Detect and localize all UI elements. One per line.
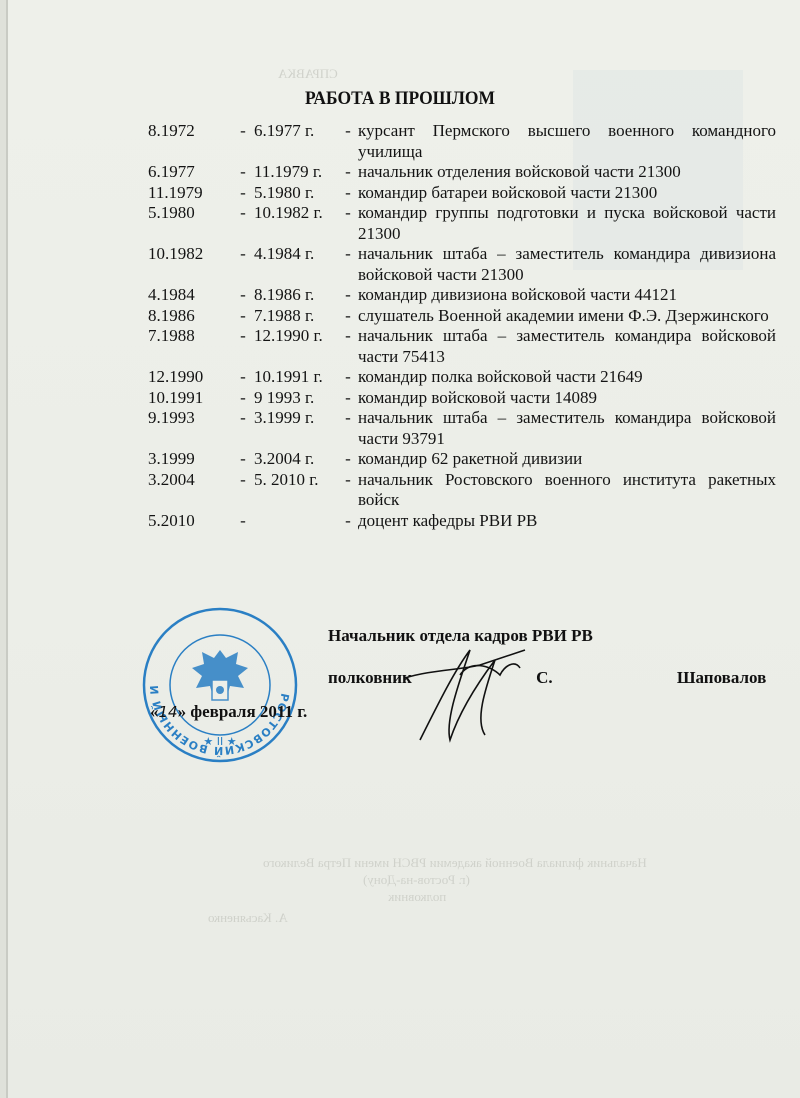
- period-end: 5. 2010 г.: [254, 470, 338, 511]
- dash: -: [232, 388, 254, 409]
- period-start: 7.1988: [148, 326, 232, 367]
- dash: -: [232, 285, 254, 306]
- signatory-name: С. Шаповалов: [536, 668, 766, 687]
- table-row: 6.1977-11.1979 г.-начальник отделения во…: [148, 162, 776, 183]
- dash: -: [232, 306, 254, 327]
- period-end: 7.1988 г.: [254, 306, 338, 327]
- period-end: 8.1986 г.: [254, 285, 338, 306]
- dash: -: [338, 326, 358, 367]
- period-start: 11.1979: [148, 183, 232, 204]
- period-start: 9.1993: [148, 408, 232, 449]
- position-description: начальник штаба – заместитель командира …: [358, 326, 776, 367]
- period-end: [254, 511, 338, 532]
- period-end: 6.1977 г.: [254, 121, 338, 162]
- table-row: 8.1986-7.1988 г.-слушатель Военной акаде…: [148, 306, 776, 327]
- dash: -: [232, 449, 254, 470]
- dash: -: [232, 203, 254, 244]
- dash: -: [232, 121, 254, 162]
- period-end: 9 1993 г.: [254, 388, 338, 409]
- period-start: 3.2004: [148, 470, 232, 511]
- period-start: 8.1986: [148, 306, 232, 327]
- position-description: командир войсковой части 14089: [358, 388, 776, 409]
- period-end: 3.2004 г.: [254, 449, 338, 470]
- dash: -: [338, 285, 358, 306]
- period-start: 8.1972: [148, 121, 232, 162]
- dash: -: [232, 183, 254, 204]
- table-row: 11.1979-5.1980 г.-командир батареи войск…: [148, 183, 776, 204]
- dash: -: [232, 408, 254, 449]
- period-start: 4.1984: [148, 285, 232, 306]
- bleed-text: Начальник филиала Военной академии РВСН …: [263, 855, 647, 871]
- dash: -: [232, 244, 254, 285]
- dash: -: [338, 121, 358, 162]
- position-description: начальник Ростовского военного института…: [358, 470, 776, 511]
- period-end: 4.1984 г.: [254, 244, 338, 285]
- period-start: 10.1982: [148, 244, 232, 285]
- table-row: 5.2010--доцент кафедры РВИ РВ: [148, 511, 776, 532]
- bleed-text: А. Касьяненко: [208, 910, 288, 926]
- period-end: 5.1980 г.: [254, 183, 338, 204]
- position-description: командир 62 ракетной дивизии: [358, 449, 776, 470]
- period-end: 11.1979 г.: [254, 162, 338, 183]
- period-start: 5.2010: [148, 511, 232, 532]
- stamp-icon: РОСТОВСКИЙ ВОЕННЫЙ ИНСТИТУТ РАКЕТНЫХ ВОЙ…: [140, 605, 300, 765]
- period-start: 6.1977: [148, 162, 232, 183]
- dash: -: [338, 183, 358, 204]
- period-start: 5.1980: [148, 203, 232, 244]
- period-start: 12.1990: [148, 367, 232, 388]
- dash: -: [232, 162, 254, 183]
- date-day: 14: [159, 703, 178, 721]
- position-description: доцент кафедры РВИ РВ: [358, 511, 776, 532]
- dash: -: [232, 511, 254, 532]
- career-table: 8.1972-6.1977 г.-курсант Пермского высше…: [148, 121, 776, 531]
- table-row: 8.1972-6.1977 г.-курсант Пермского высше…: [148, 121, 776, 162]
- table-row: 9.1993-3.1999 г.-начальник штаба – замес…: [148, 408, 776, 449]
- table-row: 3.2004-5. 2010 г.-начальник Ростовского …: [148, 470, 776, 511]
- period-end: 10.1991 г.: [254, 367, 338, 388]
- position-description: командир полка войсковой части 21649: [358, 367, 776, 388]
- dash: -: [338, 306, 358, 327]
- table-row: 12.1990-10.1991 г.-командир полка войско…: [148, 367, 776, 388]
- position-description: командир батареи войсковой части 21300: [358, 183, 776, 204]
- dash: -: [232, 367, 254, 388]
- dash: -: [338, 408, 358, 449]
- signatory-line: полковник С. Шаповалов: [328, 668, 766, 688]
- position-description: командир дивизиона войсковой части 44121: [358, 285, 776, 306]
- bleed-text: (г. Ростов-на-Дону): [363, 872, 470, 888]
- position-description: командир группы подготовки и пуска войск…: [358, 203, 776, 244]
- dash: -: [338, 367, 358, 388]
- position-description: слушатель Военной академии имени Ф.Э. Дз…: [358, 306, 776, 327]
- dash: -: [338, 162, 358, 183]
- bleed-text: СПРАВКА: [278, 66, 338, 82]
- period-end: 3.1999 г.: [254, 408, 338, 449]
- document-title: РАБОТА В ПРОШЛОМ: [32, 88, 768, 110]
- dash: -: [338, 449, 358, 470]
- position-description: начальник отделения войсковой части 2130…: [358, 162, 776, 183]
- period-end: 10.1982 г.: [254, 203, 338, 244]
- table-row: 3.1999-3.2004 г.-командир 62 ракетной ди…: [148, 449, 776, 470]
- table-row: 10.1982-4.1984 г.-начальник штаба – заме…: [148, 244, 776, 285]
- dash: -: [338, 244, 358, 285]
- position-description: начальник штаба – заместитель командира …: [358, 244, 776, 285]
- table-row: 4.1984-8.1986 г.-командир дивизиона войс…: [148, 285, 776, 306]
- position-description: курсант Пермского высшего военного коман…: [358, 121, 776, 162]
- table-row: 10.1991-9 1993 г.-командир войсковой час…: [148, 388, 776, 409]
- signature-icon: [400, 640, 530, 750]
- document-date: «14» февраля 2011 г.: [150, 702, 307, 722]
- period-start: 3.1999: [148, 449, 232, 470]
- dash: -: [232, 326, 254, 367]
- dash: -: [338, 203, 358, 244]
- dash: -: [232, 470, 254, 511]
- period-start: 10.1991: [148, 388, 232, 409]
- dash: -: [338, 511, 358, 532]
- table-row: 7.1988-12.1990 г.-начальник штаба – заме…: [148, 326, 776, 367]
- position-description: начальник штаба – заместитель командира …: [358, 408, 776, 449]
- dash: -: [338, 470, 358, 511]
- svg-text:★ II ★: ★ II ★: [203, 735, 236, 748]
- dash: -: [338, 388, 358, 409]
- table-row: 5.1980-10.1982 г.-командир группы подгот…: [148, 203, 776, 244]
- bleed-text: полковник: [388, 889, 446, 905]
- period-end: 12.1990 г.: [254, 326, 338, 367]
